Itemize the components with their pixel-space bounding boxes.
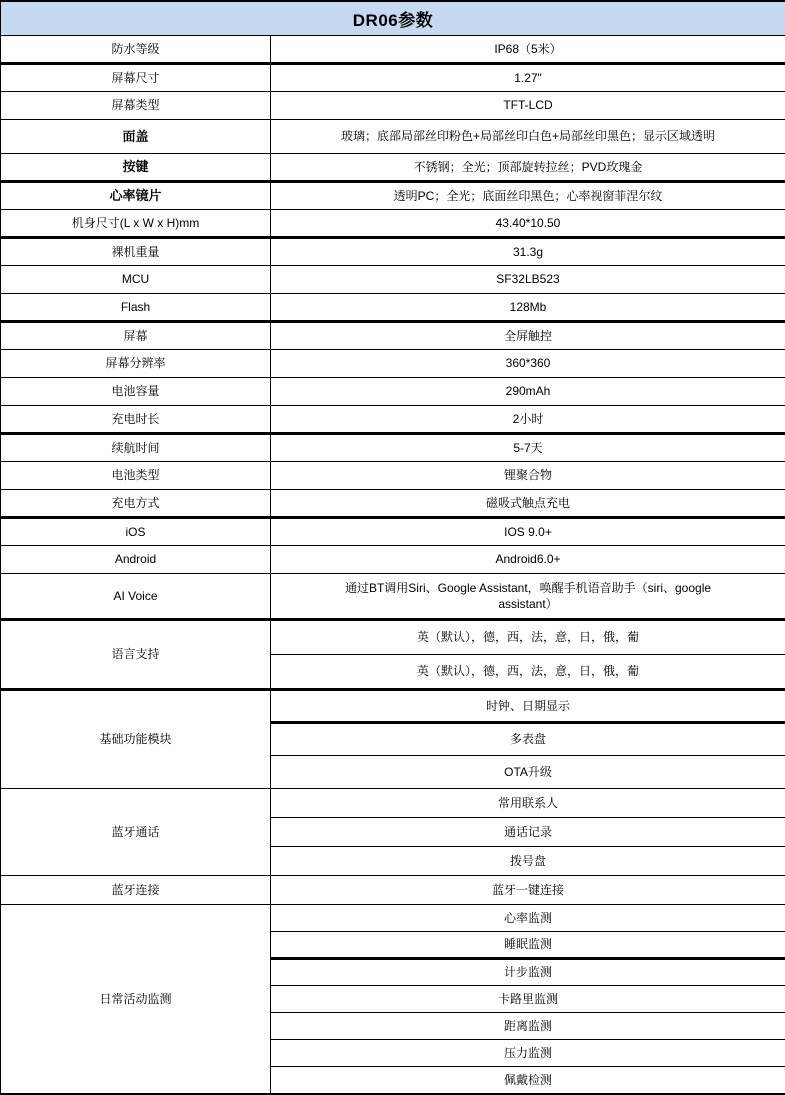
- table-header-row: DR06参数: [1, 1, 785, 36]
- spec-value: 2小时: [271, 406, 785, 434]
- table-row: 充电时长2小时: [1, 406, 785, 434]
- spec-label: 屏幕尺寸: [1, 64, 271, 92]
- spec-value: TFT-LCD: [271, 92, 785, 120]
- table-row: Flash128Mb: [1, 294, 785, 322]
- table-row: 电池类型锂聚合物: [1, 462, 785, 490]
- spec-value: 多表盘: [271, 723, 785, 756]
- spec-label: 充电时长: [1, 406, 271, 434]
- spec-value: 心率监测: [271, 905, 785, 932]
- spec-value: 玻璃；底部局部丝印粉色+局部丝印白色+局部丝印黑色；显示区域透明: [271, 120, 785, 154]
- spec-value: 睡眠监测: [271, 932, 785, 959]
- spec-value: 磁吸式触点充电: [271, 490, 785, 518]
- spec-value: 透明PC；全光；底面丝印黑色；心率视窗菲涅尔纹: [271, 182, 785, 210]
- table-row: 基础功能模块时钟、日期显示: [1, 690, 785, 723]
- spec-value: 通话记录: [271, 818, 785, 847]
- spec-label: 心率镜片: [1, 182, 271, 210]
- spec-label: 蓝牙连接: [1, 876, 271, 905]
- table-row: 日常活动监测心率监测: [1, 905, 785, 932]
- spec-value: 计步监测: [271, 959, 785, 986]
- spec-value: 不锈钢；全光；顶部旋转拉丝；PVD玫瑰金: [271, 154, 785, 182]
- spec-label: 蓝牙通话: [1, 789, 271, 876]
- spec-value: 290mAh: [271, 378, 785, 406]
- spec-value: 常用联系人: [271, 789, 785, 818]
- spec-value: SF32LB523: [271, 266, 785, 294]
- spec-label: 电池类型: [1, 462, 271, 490]
- spec-label: 防水等级: [1, 36, 271, 64]
- spec-table-body: 防水等级IP68（5米）屏幕尺寸1.27"屏幕类型TFT-LCD面盖玻璃；底部局…: [1, 36, 785, 1094]
- table-row: 裸机重量31.3g: [1, 238, 785, 266]
- spec-value: 通过BT调用Siri、Google Assistant，唤醒手机语音助手（sir…: [271, 574, 785, 620]
- table-row: AndroidAndroid6.0+: [1, 546, 785, 574]
- spec-label: 屏幕: [1, 322, 271, 350]
- table-row: 电池容量290mAh: [1, 378, 785, 406]
- spec-value: 43.40*10.50: [271, 210, 785, 238]
- spec-value: 蓝牙一键连接: [271, 876, 785, 905]
- spec-value: 佩戴检测: [271, 1067, 785, 1094]
- spec-value: 1.27": [271, 64, 785, 92]
- table-row: 屏幕全屏触控: [1, 322, 785, 350]
- table-row: iOSIOS 9.0+: [1, 518, 785, 546]
- spec-label: 面盖: [1, 120, 271, 154]
- spec-label: 按键: [1, 154, 271, 182]
- table-row: 屏幕尺寸1.27": [1, 64, 785, 92]
- spec-label: 裸机重量: [1, 238, 271, 266]
- spec-label: 语言支持: [1, 620, 271, 690]
- spec-value: 31.3g: [271, 238, 785, 266]
- spec-value: 5-7天: [271, 434, 785, 462]
- table-row: 面盖玻璃；底部局部丝印粉色+局部丝印白色+局部丝印黑色；显示区域透明: [1, 120, 785, 154]
- table-row: 续航时间5-7天: [1, 434, 785, 462]
- table-row: MCUSF32LB523: [1, 266, 785, 294]
- table-row: 防水等级IP68（5米）: [1, 36, 785, 64]
- table-row: 屏幕类型TFT-LCD: [1, 92, 785, 120]
- spec-value: 时钟、日期显示: [271, 690, 785, 723]
- spec-label: 屏幕分辨率: [1, 350, 271, 378]
- spec-label: 屏幕类型: [1, 92, 271, 120]
- spec-value: OTA升级: [271, 756, 785, 789]
- spec-value: 360*360: [271, 350, 785, 378]
- spec-label: 机身尺寸(L x W x H)mm: [1, 210, 271, 238]
- spec-value: 距离监测: [271, 1013, 785, 1040]
- spec-value: 英（默认），德，西，法，意，日，俄，葡: [271, 655, 785, 690]
- spec-table: DR06参数 防水等级IP68（5米）屏幕尺寸1.27"屏幕类型TFT-LCD面…: [0, 0, 785, 1095]
- spec-value: 全屏触控: [271, 322, 785, 350]
- spec-label: Android: [1, 546, 271, 574]
- spec-label: 续航时间: [1, 434, 271, 462]
- spec-value: IOS 9.0+: [271, 518, 785, 546]
- table-row: 蓝牙通话常用联系人: [1, 789, 785, 818]
- table-title: DR06参数: [1, 1, 785, 36]
- spec-value: Android6.0+: [271, 546, 785, 574]
- spec-value: 128Mb: [271, 294, 785, 322]
- spec-value: 卡路里监测: [271, 986, 785, 1013]
- table-row: 屏幕分辨率360*360: [1, 350, 785, 378]
- spec-value: IP68（5米）: [271, 36, 785, 64]
- spec-label: 基础功能模块: [1, 690, 271, 789]
- table-row: 充电方式磁吸式触点充电: [1, 490, 785, 518]
- spec-label: AI Voice: [1, 574, 271, 620]
- spec-label: 充电方式: [1, 490, 271, 518]
- spec-label: 日常活动监测: [1, 905, 271, 1094]
- spec-label: iOS: [1, 518, 271, 546]
- spec-label: MCU: [1, 266, 271, 294]
- spec-sheet: DR06参数 防水等级IP68（5米）屏幕尺寸1.27"屏幕类型TFT-LCD面…: [0, 0, 785, 1095]
- table-row: 按键不锈钢；全光；顶部旋转拉丝；PVD玫瑰金: [1, 154, 785, 182]
- spec-label: 电池容量: [1, 378, 271, 406]
- spec-value: 英（默认），德，西，法，意，日，俄，葡: [271, 620, 785, 655]
- spec-value: 锂聚合物: [271, 462, 785, 490]
- spec-label: Flash: [1, 294, 271, 322]
- table-row: AI Voice通过BT调用Siri、Google Assistant，唤醒手机…: [1, 574, 785, 620]
- spec-value: 压力监测: [271, 1040, 785, 1067]
- table-row: 语言支持英（默认），德，西，法，意，日，俄，葡: [1, 620, 785, 655]
- spec-value: 拨号盘: [271, 847, 785, 876]
- table-row: 蓝牙连接蓝牙一键连接: [1, 876, 785, 905]
- table-row: 心率镜片透明PC；全光；底面丝印黑色；心率视窗菲涅尔纹: [1, 182, 785, 210]
- table-row: 机身尺寸(L x W x H)mm43.40*10.50: [1, 210, 785, 238]
